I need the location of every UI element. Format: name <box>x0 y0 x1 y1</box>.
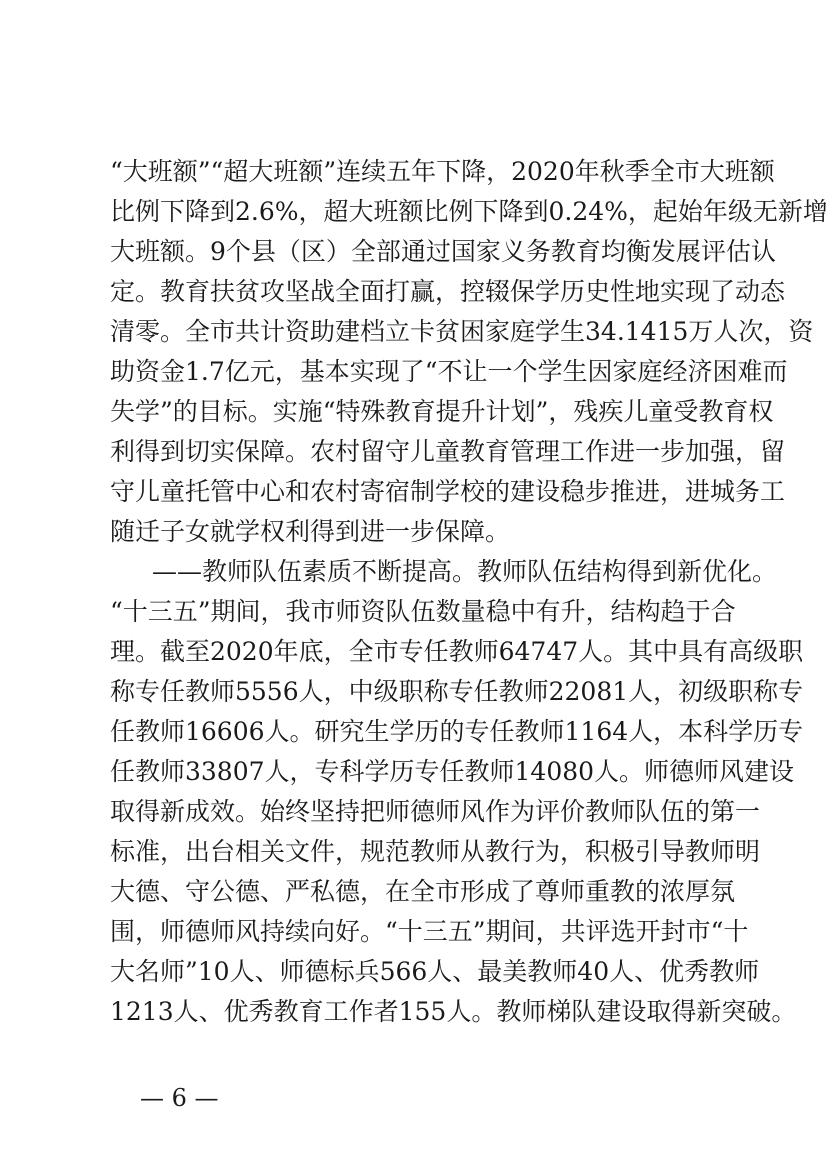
text-line: 标准，出台相关文件，规范教师从教行为，积极引导教师明 <box>110 832 722 872</box>
text-line: “十三五”期间，我市师资队伍数量稳中有升，结构趋于合 <box>110 592 722 632</box>
page-number: — 6 — <box>140 1078 219 1118</box>
text-line: 随迁子女就学权利得到进一步保障。 <box>110 512 722 552</box>
text-line: 取得新成效。始终坚持把师德师风作为评价教师队伍的第一 <box>110 792 722 832</box>
section-heading-line: ——教师队伍素质不断提高。教师队伍结构得到新优化。 <box>152 552 722 592</box>
text-line: 称专任教师5556人，中级职称专任教师22081人，初级职称专 <box>110 672 722 712</box>
text-line: 任教师33807人，专科学历专任教师14080人。师德师风建设 <box>110 752 722 792</box>
text-line: 理。截至2020年底，全市专任教师64747人。其中具有高级职 <box>110 632 722 672</box>
text-line: 大班额。9个县（区）全部通过国家义务教育均衡发展评估认 <box>110 232 722 272</box>
text-line: 助资金1.7亿元，基本实现了“不让一个学生因家庭经济困难而 <box>110 352 722 392</box>
text-line: 围，师德师风持续向好。“十三五”期间，共评选开封市“十 <box>110 912 722 952</box>
text-line: 大名师”10人、师德标兵566人、最美教师40人、优秀教师 <box>110 952 722 992</box>
text-line: 1213人、优秀教育工作者155人。教师梯队建设取得新突破。 <box>110 992 722 1032</box>
text-line: 守儿童托管中心和农村寄宿制学校的建设稳步推进，进城务工 <box>110 472 722 512</box>
document-page: “大班额”“超大班额”连续五年下降，2020年秋季全市大班额 比例下降到2.6%… <box>0 0 826 1169</box>
text-line: 定。教育扶贫攻坚战全面打赢，控辍保学历史性地实现了动态 <box>110 272 722 312</box>
text-line: 任教师16606人。研究生学历的专任教师1164人，本科学历专 <box>110 712 722 752</box>
text-line: 清零。全市共计资助建档立卡贫困家庭学生34.1415万人次，资 <box>110 312 722 352</box>
text-line: 比例下降到2.6%，超大班额比例下降到0.24%，起始年级无新增 <box>110 192 722 232</box>
text-line: 大德、守公德、严私德，在全市形成了尊师重教的浓厚氛 <box>110 872 722 912</box>
text-line: 利得到切实保障。农村留守儿童教育管理工作进一步加强，留 <box>110 432 722 472</box>
text-line: “大班额”“超大班额”连续五年下降，2020年秋季全市大班额 <box>110 152 722 192</box>
text-line: 失学”的目标。实施“特殊教育提升计划”，残疾儿童受教育权 <box>110 392 722 432</box>
